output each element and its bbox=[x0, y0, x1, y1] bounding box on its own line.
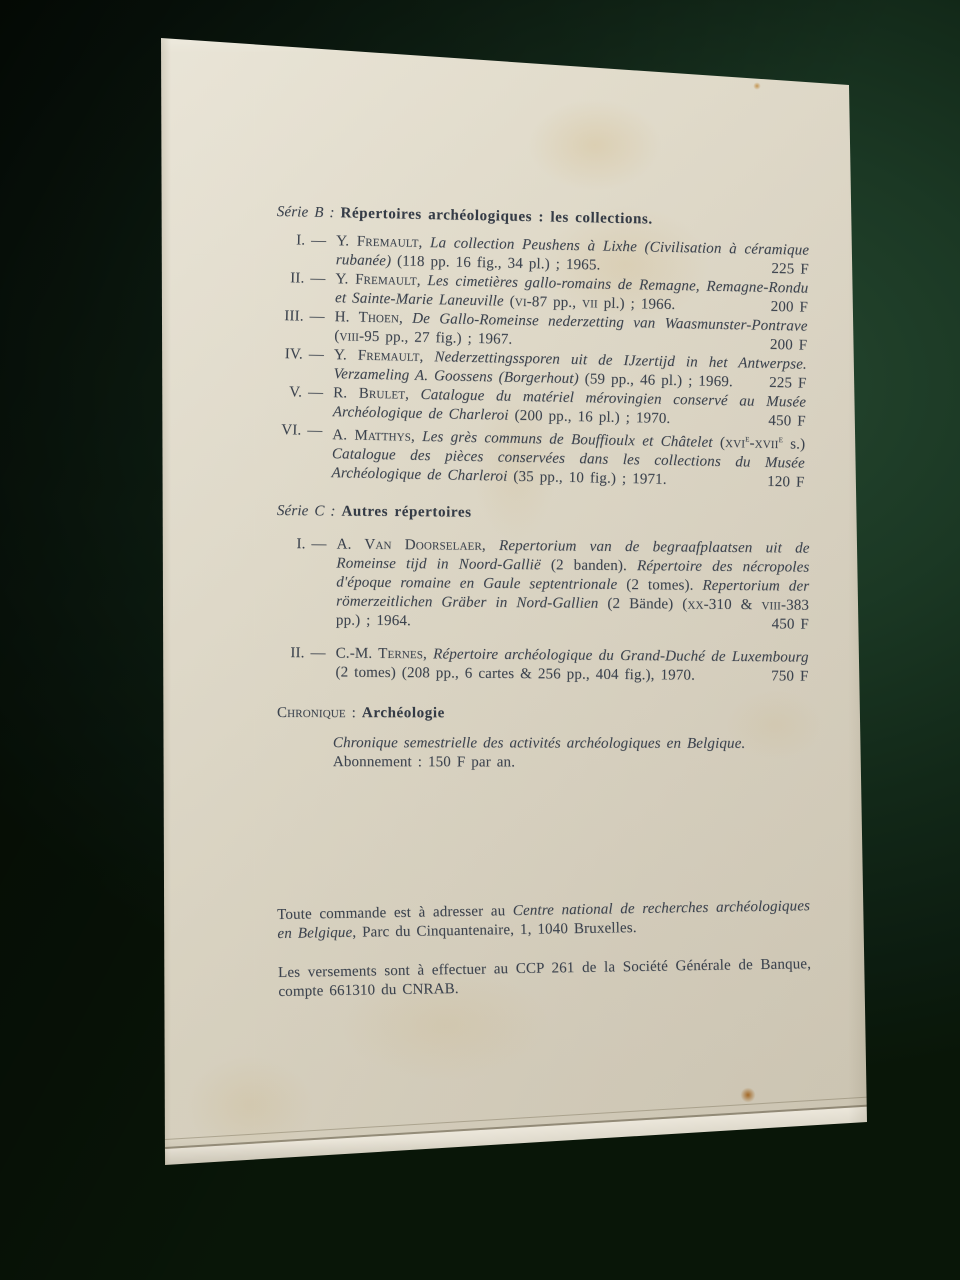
entry-price: 450 F bbox=[768, 412, 806, 432]
entry-number: II. — bbox=[275, 269, 325, 289]
page-edge-under-sheet bbox=[165, 1106, 877, 1167]
entry-text: A. Matthys, Les grès communs de Bouffiou… bbox=[331, 427, 805, 488]
entry-price: 200 F bbox=[770, 298, 808, 318]
serie-b-entries: I. — Y. Fremault, La collection Peushens… bbox=[271, 231, 809, 493]
serie-b-heading: Série B : Répertoires archéologiques : l… bbox=[277, 203, 810, 233]
payment-info-paragraph: Les versements sont à effectuer au CCP 2… bbox=[278, 955, 812, 1002]
entry-text: A. Van Doorselaer, Repertorium van de be… bbox=[336, 537, 810, 630]
ordering-address-paragraph: Toute commande est à adresser au Centre … bbox=[277, 897, 811, 944]
entry-price: 225 F bbox=[771, 260, 809, 280]
entry-text: R. Brulet, Catalogue du matériel mérovin… bbox=[333, 385, 807, 427]
entry-price: 750 F bbox=[771, 667, 809, 686]
section-serie-c: Série C : Autres répertoires I. — A. Van… bbox=[275, 502, 810, 687]
entry-number: VI. — bbox=[272, 421, 322, 441]
entry-number: IV. — bbox=[274, 345, 324, 365]
entry-number: I. — bbox=[277, 535, 327, 554]
entry-price: 120 F bbox=[767, 473, 805, 493]
entry-text: Y. Fremault, Nederzettingssporen uit de … bbox=[333, 347, 807, 390]
entry-number: V. — bbox=[273, 383, 323, 403]
entry-number: I. — bbox=[276, 231, 326, 251]
chronique-heading: Chronique : Archéologie bbox=[277, 704, 810, 724]
section-chronique: Chronique : Archéologie Chronique semest… bbox=[277, 704, 810, 773]
entry-text: Y. Fremault, La collection Peushens à Li… bbox=[336, 233, 810, 273]
serie-c-entries: I. — A. Van Doorselaer, Repertorium van … bbox=[275, 535, 809, 687]
catalog-entry: VI. — A. Matthys, Les grès communs de Bo… bbox=[271, 421, 805, 493]
entry-price: 450 F bbox=[772, 615, 810, 634]
catalog-entry: II. — C.-M. Ternes, Répertoire archéolog… bbox=[275, 644, 808, 687]
section-serie-b: Série B : Répertoires archéologiques : l… bbox=[271, 203, 809, 493]
entry-number: III. — bbox=[275, 307, 325, 327]
document-page: Série B : Répertoires archéologiques : l… bbox=[155, 35, 870, 1170]
entry-price: 225 F bbox=[769, 374, 807, 394]
chronique-subscription: Abonnement : 150 F par an. bbox=[277, 753, 810, 773]
photo-background: Série B : Répertoires archéologiques : l… bbox=[0, 0, 960, 1280]
catalog-entry: I. — A. Van Doorselaer, Repertorium van … bbox=[276, 535, 810, 635]
chronique-description: Chronique semestrielle des activités arc… bbox=[277, 734, 810, 754]
serie-c-heading: Série C : Autres répertoires bbox=[277, 502, 810, 526]
section-ordering-info: Toute commande est à adresser au Centre … bbox=[277, 897, 812, 1002]
entry-price: 200 F bbox=[770, 336, 808, 356]
entry-text: Y. Fremault, Les cimetières gallo-romain… bbox=[335, 271, 809, 313]
printed-content: Série B : Répertoires archéologiques : l… bbox=[277, 203, 810, 1002]
entry-text: C.-M. Ternes, Répertoire archéologique d… bbox=[335, 646, 808, 684]
entry-number: II. — bbox=[276, 644, 326, 663]
